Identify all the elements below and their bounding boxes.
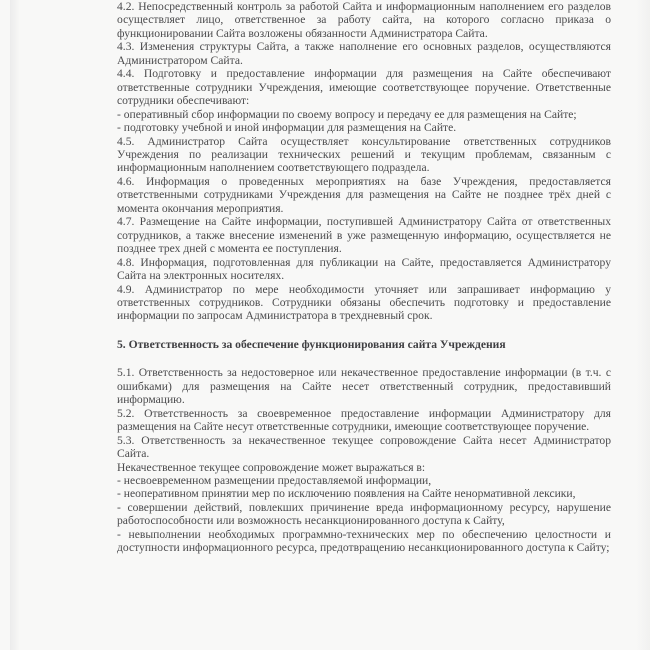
list-item-4-4-b: - подготовку учебной и иной информации д…	[117, 121, 611, 134]
paragraph-5-3-intro: Некачественное текущее сопровождение мож…	[117, 461, 611, 474]
paragraph-4-5: 4.5. Администратор Сайта осуществляет ко…	[117, 135, 611, 175]
paragraph-5-2: 5.2. Ответственность за своевременное пр…	[117, 407, 611, 434]
section-5-heading: 5. Ответственность за обеспечение функци…	[117, 338, 611, 351]
scanned-document-page: 4.2. Непосредственный контроль за работо…	[0, 0, 650, 650]
paragraph-5-1: 5.1. Ответственность за недостоверное ил…	[117, 366, 611, 406]
list-item-5-3-c: - совершении действий, повлекших причине…	[117, 501, 611, 528]
paragraph-4-6: 4.6. Информация о проведенных мероприяти…	[117, 175, 611, 215]
document-body: 4.2. Непосредственный контроль за работо…	[117, 0, 611, 555]
paragraph-4-4: 4.4. Подготовку и предоставление информа…	[117, 67, 611, 107]
list-item-5-3-d: - невыполнении необходимых программно-те…	[117, 528, 611, 555]
list-item-5-3-a: - несвоевременном размещении предоставля…	[117, 474, 611, 487]
scan-edge-shadow-right	[636, 0, 650, 650]
paragraph-4-3: 4.3. Изменения структуры Сайта, а также …	[117, 40, 611, 67]
paragraph-4-9: 4.9. Администратор по мере необходимости…	[117, 283, 611, 323]
paragraph-5-3: 5.3. Ответственность за некачественное т…	[117, 434, 611, 461]
list-item-5-3-b: - неоперативном принятии мер по исключен…	[117, 487, 611, 500]
paragraph-4-2: 4.2. Непосредственный контроль за работо…	[117, 0, 611, 40]
paragraph-4-8: 4.8. Информация, подготовленная для публ…	[117, 256, 611, 283]
paragraph-4-7: 4.7. Размещение на Сайте информации, пос…	[117, 215, 611, 255]
scan-edge-shadow	[10, 0, 20, 650]
list-item-4-4-a: - оперативный сбор информации по своему …	[117, 108, 611, 121]
